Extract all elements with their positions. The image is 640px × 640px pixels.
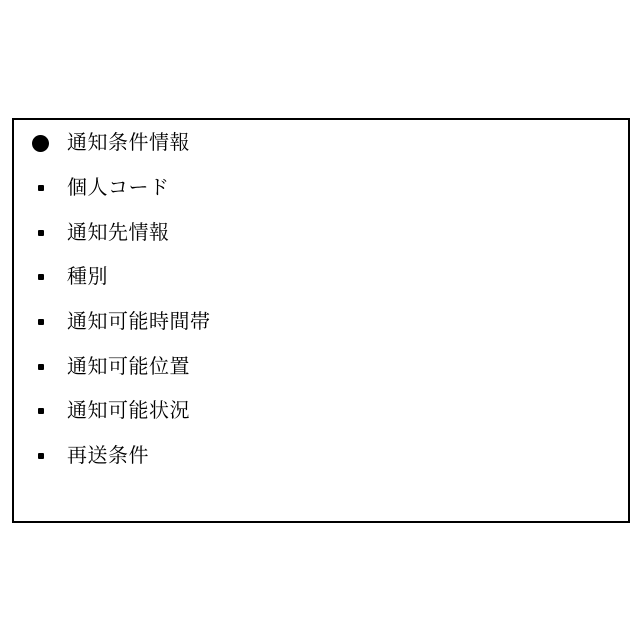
list-item: 種別 — [14, 255, 628, 300]
small-dot-bullet-icon — [14, 364, 67, 370]
list-item-label: 通知条件情報 — [67, 133, 190, 153]
list-item-label: 種別 — [67, 267, 108, 287]
small-dot-bullet-icon — [14, 185, 67, 191]
filled-circle-bullet-icon — [14, 135, 67, 152]
list-item-label: 通知先情報 — [67, 223, 170, 243]
list-item-label: 個人コード — [67, 178, 170, 198]
list-item-header: 通知条件情報 — [14, 121, 628, 166]
list-item: 通知可能状況 — [14, 389, 628, 434]
list-item-label: 通知可能位置 — [67, 357, 190, 377]
small-dot-bullet-icon — [14, 230, 67, 236]
list-item: 通知可能位置 — [14, 344, 628, 389]
list-item: 通知先情報 — [14, 210, 628, 255]
small-dot-bullet-icon — [14, 274, 67, 280]
list-item-label: 再送条件 — [67, 446, 149, 466]
small-dot-bullet-icon — [14, 408, 67, 414]
small-dot-bullet-icon — [14, 453, 67, 459]
list-item-label: 通知可能時間帯 — [67, 312, 211, 332]
notification-condition-panel: 通知条件情報 個人コード 通知先情報 種別 通知可能時間帯 — [12, 118, 630, 523]
page-canvas: 通知条件情報 個人コード 通知先情報 種別 通知可能時間帯 — [0, 0, 640, 640]
list-item-label: 通知可能状況 — [67, 401, 190, 421]
small-dot-bullet-icon — [14, 319, 67, 325]
list-item: 個人コード — [14, 166, 628, 211]
list-item: 再送条件 — [14, 434, 628, 479]
list-item: 通知可能時間帯 — [14, 300, 628, 345]
